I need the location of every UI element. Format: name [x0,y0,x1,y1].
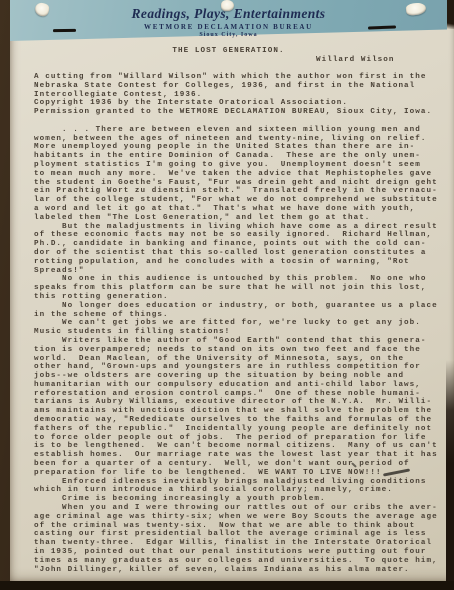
page-bottom-edge-shadow [0,581,454,590]
page-corner-shadow [447,0,454,29]
page-right-edge-shadow [446,360,454,590]
document-title: THE LOST GENERATION. [10,47,447,55]
punch-hole-icon [221,0,234,11]
staple-mark-icon [53,29,76,32]
scanned-document-page: Readings, Plays, Entertainments WETMORE … [0,0,454,590]
document-body-text: A cutting from "Willard Wilson" with whi… [34,73,438,574]
document-author: Willard Wilson [316,56,395,64]
letterhead-city: Sioux City, Iowa [10,32,447,38]
